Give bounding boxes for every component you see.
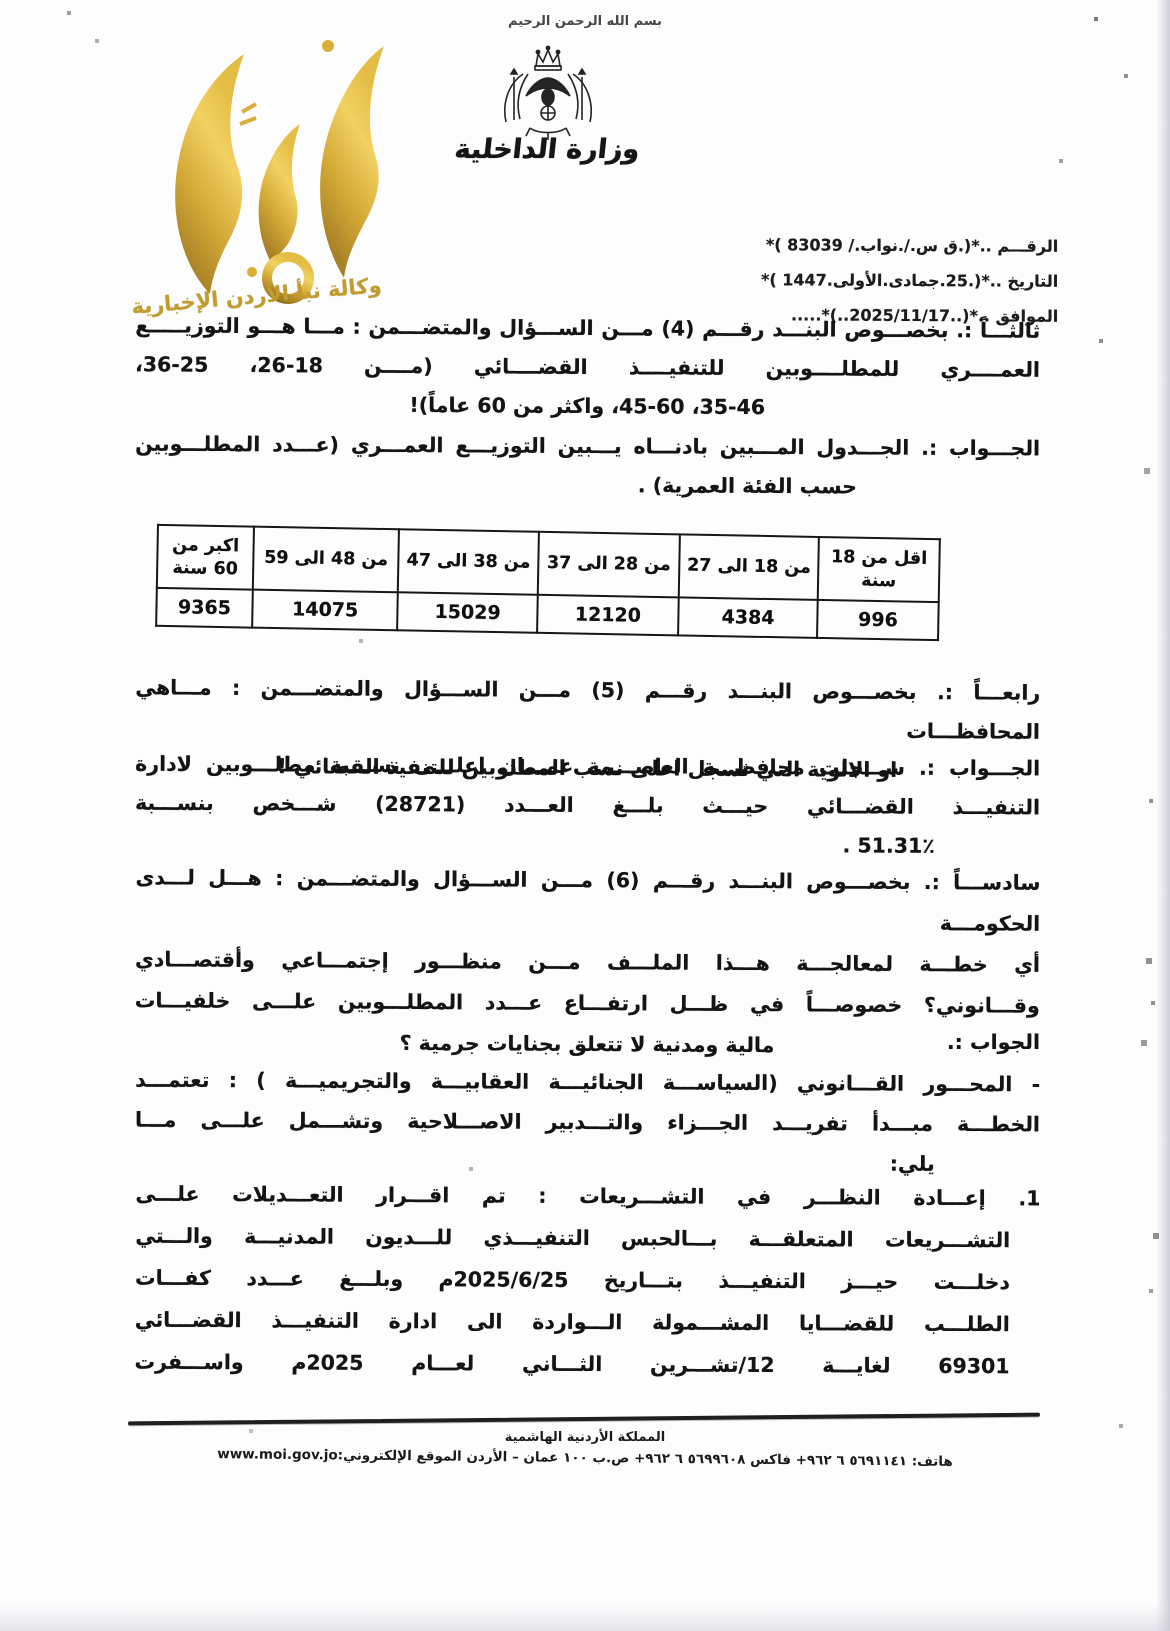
text-line: رابعـــاً :. بخصـــوص البنـــد رقـــم (5…	[135, 668, 1040, 752]
jordan-coat-of-arms-emblem	[478, 44, 618, 144]
text-line: - المحـــور القـــانوني (السياســـة الجن…	[135, 1060, 1040, 1105]
scan-noise	[0, 0, 2, 2]
reference-number-line: الرقـــم ..*(.ق س./.نواب./ 83039 )*	[761, 227, 1058, 264]
text-line: دخلـــت حيـــز التنفيـــذ بتـــاريخ 2025…	[135, 1257, 1040, 1304]
answer-label: الجواب :.	[135, 1023, 1040, 1062]
table-header-cell: من 28 الى 37	[538, 532, 680, 598]
table-header-cell: من 18 الى 27	[679, 534, 819, 600]
page-edge-shadow-bottom	[0, 1605, 1170, 1631]
table-value-cell: 9365	[156, 588, 253, 628]
text-line: أي خطـــة لمعالجـــة هـــذا الملـــف مــ…	[135, 939, 1040, 986]
text-line: 35-46، 45-60، واكثر من 60 عاماً)!	[135, 384, 1040, 429]
section-third: ثالثـــاً :. بخصـــوص البنـــد رقـــم (4…	[135, 306, 1041, 429]
table-value-cell: 14075	[252, 590, 398, 631]
coat-of-arms-icon	[478, 44, 618, 144]
age-distribution-table: اقل من 18 سنة من 18 الى 27 من 28 الى 37 …	[155, 524, 941, 641]
text-line: التشـــريعات المتعلقـــة بـــالحبس التنف…	[135, 1215, 1040, 1262]
table-header-cell: اقل من 18 سنة	[818, 537, 940, 602]
table-value-cell: 996	[817, 600, 938, 640]
reference-date-line: التاريخ ..*(.25.جمادى.الأولى.1447 )*	[761, 262, 1058, 299]
footer-contact-line: هاتف: ٥٦٩١١٤١ ٦ ٩٦٢+ فاكس ٥٦٩٩٦٠٨ ٦ ٩٦٢+…	[0, 1444, 1170, 1472]
text-line: الخطـــة مبـــدأ تفريـــد الجـــزاء والت…	[135, 1100, 1040, 1145]
text-line: الجواب :.	[135, 1023, 1040, 1062]
footer-divider-line	[128, 1413, 1040, 1426]
text-line: وقـــانوني؟ خصوصـــاً في ظـــل ارتفـــاع…	[135, 980, 1040, 1027]
section-fourth-answer: الجـــواب :. ســـجلت محافظـــة العاصـــم…	[135, 745, 1041, 867]
scanned-document-page: وكالة نبأ الأردن الإخبارية بسم الله الرح…	[0, 0, 1170, 1631]
news-agency-watermark: وكالة نبأ الأردن الإخبارية	[92, 26, 427, 336]
text-line: 69301 لغايـــة 12/تشـــرين الثـــاني لعـ…	[134, 1341, 1039, 1388]
table-value-cell: 15029	[398, 592, 538, 633]
text-line: سادســـاً :. بخصـــوص البنـــد رقـــم (6…	[135, 857, 1040, 945]
text-line: الجـــواب :. الجـــدول المـــبين بادنـــ…	[135, 425, 1040, 469]
text-line: 1. إعـــادة النظـــر في التشـــريعات : ت…	[135, 1173, 1040, 1220]
page-edge-shadow-right	[1156, 0, 1170, 1631]
text-line: التنفيـــذ القضـــائي حيـــث بلـــغ العـ…	[135, 784, 1040, 828]
section-third-answer: الجـــواب :. الجـــدول المـــبين بادنـــ…	[135, 425, 1040, 508]
text-line: العمــــري للمطلــــوبين للتنفيــــذ الق…	[135, 345, 1040, 390]
section-item-1: 1. إعـــادة النظـــر في التشـــريعات : ت…	[134, 1173, 1040, 1388]
footer-kingdom-title: المملكة الأردنية الهاشمية	[0, 1430, 1170, 1445]
table-header-cell: اكبر من 60 سنة	[157, 525, 254, 590]
text-line: الطلـــب للقضـــايا المشـــمولة الـــوار…	[135, 1299, 1040, 1346]
table-header-cell: من 48 الى 59	[253, 527, 400, 593]
table-header-cell: من 38 الى 47	[398, 529, 539, 595]
text-line: الجـــواب :. ســـجلت محافظـــة العاصـــم…	[135, 745, 1040, 789]
text-line: حسب الفئة العمرية) .	[135, 464, 1040, 508]
table-value-cell: 12120	[537, 595, 679, 636]
table-value-cell: 4384	[678, 597, 818, 638]
section-legal-axis: - المحـــور القـــانوني (السياســـة الجن…	[135, 1060, 1041, 1185]
ministry-calligraphy: وزارة الداخلية	[410, 134, 683, 165]
text-line: ثالثـــاً :. بخصـــوص البنـــد رقـــم (4…	[135, 306, 1040, 351]
